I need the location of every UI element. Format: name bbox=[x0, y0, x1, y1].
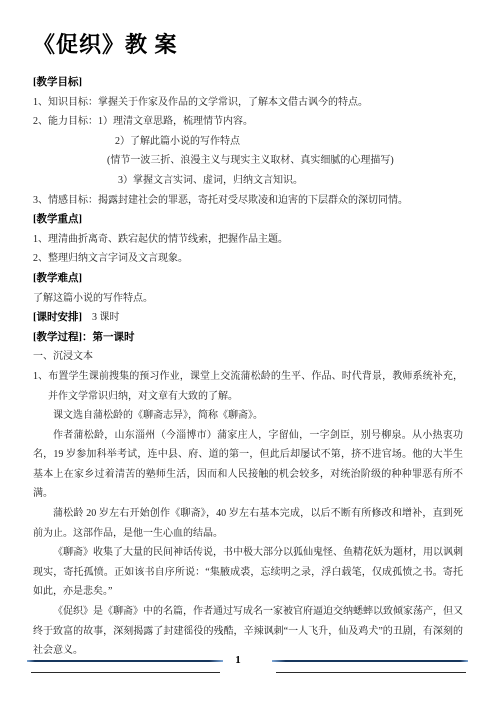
objective-line: 3）掌握文言实词、虚词，归纳文言知识。 bbox=[33, 171, 463, 191]
document-page: 《促织》教 案 [教学目标] 1、知识目标：掌握关于作家及作品的文学常识，了解本… bbox=[0, 0, 496, 702]
objective-line: 1、知识目标：掌握关于作家及作品的文学常识，了解本文借古讽今的特点。 bbox=[33, 93, 463, 113]
doc-title: 《促织》教 案 bbox=[33, 30, 463, 60]
footer-rule-top-right bbox=[272, 660, 468, 662]
paragraph: 《促织》是《聊斋》中的名篇，作者通过写成名一家被官府逼迫交纳蟋蟀以致倾家荡产，但… bbox=[33, 602, 463, 661]
objective-line: (情节一波三折、浪漫主义与现实主义取材、真实细腻的心理描写) bbox=[33, 151, 463, 171]
document-content: 《促织》教 案 [教学目标] 1、知识目标：掌握关于作家及作品的文学常识，了解本… bbox=[33, 30, 463, 661]
paragraph: 《聊斋》收集了大量的民间神话传说，书中极大部分以狐仙鬼怪、鱼精花妖为题材，用以讽… bbox=[33, 543, 463, 602]
paragraph: 作者蒲松龄，山东淄州（今淄博市）蒲家庄人，字留仙，一字剑臣，别号柳泉。从小热衷功… bbox=[33, 426, 463, 504]
objective-line: 2）了解此篇小说的写作特点 bbox=[33, 132, 463, 152]
paragraph: 课文选自蒲松龄的《聊斋志异》，简称《聊斋》。 bbox=[33, 406, 463, 426]
key-point-line: 1、理清曲折离奇、跌宕起伏的情节线索，把握作品主题。 bbox=[33, 230, 463, 250]
section-heading-objectives: [教学目标] bbox=[33, 73, 463, 93]
section-heading-process: [教学过程]：第一课时 bbox=[33, 328, 463, 348]
paragraph: 蒲松龄 20 岁左右开始创作《聊斋》，40 岁左右基本完成，以后不断有所修改和增… bbox=[33, 504, 463, 543]
difficulty-line: 了解这篇小说的写作特点。 bbox=[33, 289, 463, 309]
page-number: 1 bbox=[228, 654, 248, 666]
paragraph: 1、布置学生课前搜集的预习作业，课堂上交流蒲松龄的生平、作品、时代背景，教师系统… bbox=[33, 367, 463, 406]
footer-rule-top-left bbox=[27, 660, 223, 662]
section-heading-schedule: [课时安排] bbox=[33, 312, 82, 323]
schedule-line: [课时安排]3 课时 bbox=[33, 308, 463, 328]
objective-line: 2、能力目标：1）理清文章思路，梳理情节内容。 bbox=[33, 112, 463, 132]
footer-rule-bottom-right bbox=[276, 672, 466, 673]
section-heading-difficulties: [教学难点] bbox=[33, 269, 463, 289]
part-heading: 一、沉浸文本 bbox=[33, 347, 463, 367]
footer-rule-bottom-left bbox=[31, 672, 220, 673]
objective-line: 3、情感目标：揭露封建社会的罪恶，寄托对受尽欺凌和迫害的下层群众的深切同情。 bbox=[33, 191, 463, 211]
section-heading-key-points: [教学重点] bbox=[33, 210, 463, 230]
schedule-value: 3 课时 bbox=[92, 312, 120, 323]
key-point-line: 2、整理归纳文言字词及文言现象。 bbox=[33, 249, 463, 269]
page-footer: 1 bbox=[0, 656, 496, 686]
